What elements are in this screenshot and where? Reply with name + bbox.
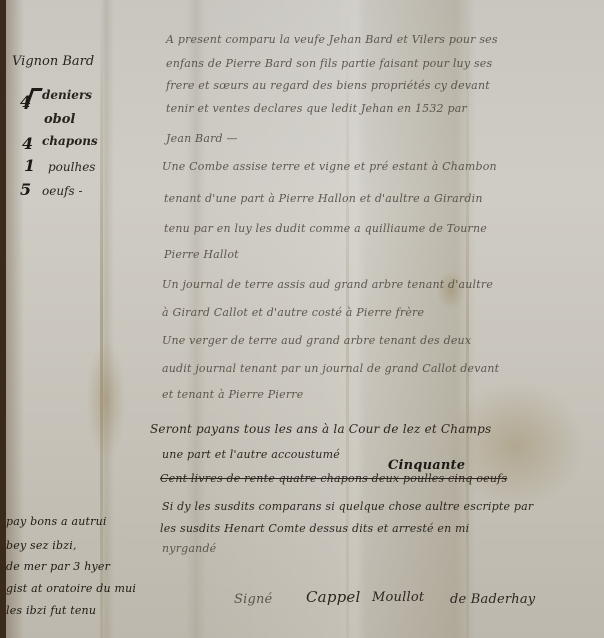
text-line: Jean Bard — [166,132,238,145]
text-line: tenant d'une part à Pierre Hallon et d'a… [164,192,483,205]
text-line: audit journal tenant par un journal de g… [162,362,499,375]
text-line: tenir et ventes declares que ledit Jehan… [166,102,467,115]
margin-note-line: gist at oratoire du mui [6,582,136,595]
margin-note-line: de mer par 3 hyer [6,560,110,573]
margin-qty: 5 [20,180,31,199]
water-stain [446,380,586,510]
fold-crease [100,0,103,638]
margin-note-line: les ibzi fut tenu [6,604,96,617]
signature: Cappel [306,588,361,606]
signature-label: Signé [234,592,272,607]
text-line: une part et l'autre accoustumé [162,448,340,461]
fold-crease [466,0,469,638]
margin-item-label: oeufs - [42,184,83,198]
text-line: frere et sœurs au regard des biens propr… [166,79,490,92]
text-line: et tenant à Pierre Pierre [162,388,303,401]
text-line: Si dy les susdits comparans si quelque c… [162,500,533,513]
text-line: Pierre Hallot [164,248,239,261]
margin-item-label: deniers [42,88,92,102]
text-line: Une Combe assise terre et vigne et pré e… [162,160,497,173]
margin-note-line: bey sez ibzi, [6,539,77,552]
margin-item-label: chapons [42,134,98,148]
water-stain [86,340,126,460]
text-line: tenu par en luy les dudit comme a quilli… [164,222,487,235]
signature: de Baderhay [450,592,535,607]
margin-qty: 4 [20,92,31,111]
text-line: les susdits Henart Comte dessus dits et … [160,522,469,535]
margin-qty: 1 [24,156,35,175]
text-line: Seront payans tous les ans à la Cour de … [150,422,491,436]
text-line: A present comparu la veufe Jehan Bard et… [166,33,498,46]
text-line: nyrgandé [162,542,216,555]
text-line: Cent livres de rente quatre chapons deux… [160,472,507,485]
manuscript-sheet [6,0,604,638]
text-line: enfans de Pierre Bard son fils partie fa… [166,57,492,70]
text-line: Une verger de terre aud grand arbre tena… [162,334,471,347]
fold-crease [346,0,349,638]
margin-item-label: poulhes [48,160,95,174]
margin-note-line: pay bons a autrui [6,515,107,528]
margin-item-label: obol [44,112,75,127]
text-line: Un journal de terre assis aud grand arbr… [162,278,493,291]
margin-heading: Vignon Bard [12,54,94,69]
overwritten-word: Cinquante [388,458,465,473]
signature: Moullot [372,590,424,605]
text-line: à Girard Callot et d'autre costé à Pierr… [162,306,424,319]
margin-qty: 4 [22,134,33,153]
